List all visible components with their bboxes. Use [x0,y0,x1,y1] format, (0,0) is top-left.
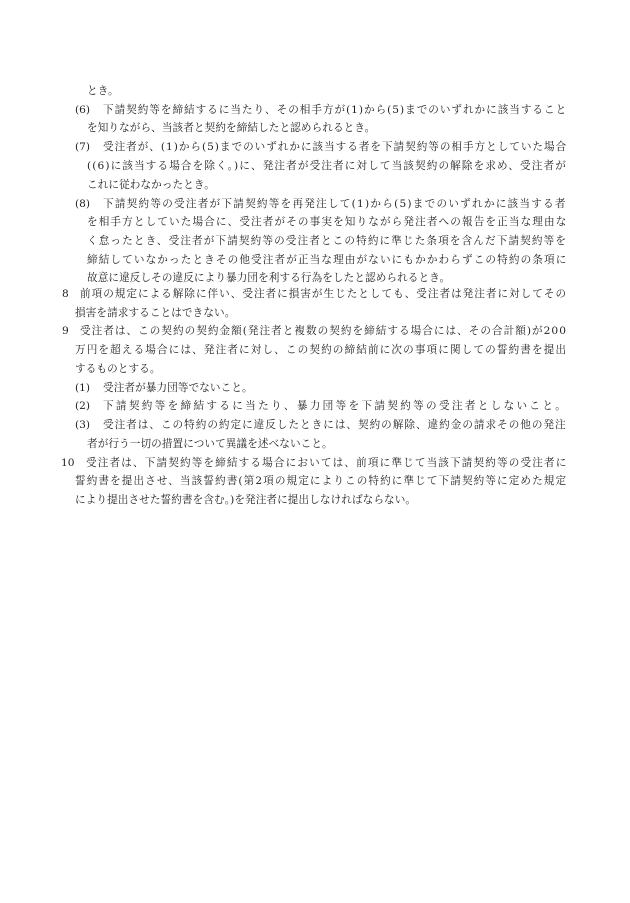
clause-9-sub-1-line-1: 受注者が暴力団等でないこと。 [103,381,253,395]
sub-item-8-line-1: 下請契約等の受注者が下請契約等を再発注して(1)から(5)までのいずれかに該当す… [103,197,567,211]
sub-item-7-line-2: ((6)に該当する場合を除く。)に、発注者が受注者に対して当該契約の解除を求め、… [87,159,567,173]
sub-item-8-line-3: く怠ったとき、受注者が下請契約等の受注者とこの特約に準じた条項を含んだ下請契約等… [87,234,567,248]
sub-item-8-line-2: を相手方としていた場合に、受注者がその事実を知りながら発注者への報告を正当な理由… [87,215,567,229]
sub-item-6-marker: (6) [75,103,90,117]
clause-9-line-3: するものとする。 [75,362,161,376]
clause-9-sub-1-marker: (1) [75,381,90,395]
sub-item-6-line-2: を知りながら、当該者と契約を締結したと認められるとき。 [87,121,375,135]
clause-9-sub-2-line-1: 下請契約等を締結するに当たり、暴力団等を下請契約等の受注者としないこと。 [103,399,568,413]
clause-9-sub-3-marker: (3) [75,418,90,432]
clause-9-sub-2-marker: (2) [75,399,90,413]
clause-10-number: 10 [61,456,74,470]
clause-9-sub-3-line-2: 者が行う一切の措置について異議を述べないこと。 [87,437,333,451]
clause-10-line-1: 受注者は、下請契約等を締結する場合においては、前項に準じて当該下請契約等の受注者… [86,456,568,470]
clause-8-line-2: 損害を請求することはできない。 [75,306,235,320]
sub-item-8-marker: (8) [75,197,90,211]
sub-item-6-line-1: 下請契約等を締結するに当たり、その相手方が(1)から(5)までのいずれかに該当す… [103,103,567,117]
sub-item-7-line-1: 受注者が、(1)から(5)までのいずれかに該当する者を下請契約等の相手方としてい… [103,140,567,154]
document-page: とき。 (6) 下請契約等を締結するに当たり、その相手方が(1)から(5)までの… [0,0,630,903]
clause-8-line-1: 前項の規定による解除に伴い、受注者に損害が生じたとしても、受注者は発注者に対して… [80,287,567,301]
sub-item-7-line-3: これに従わなかったとき。 [87,178,215,192]
clause-9-line-1: 受注者は、この契約の契約金額(発注者と複数の契約を締結する場合には、その合計額)… [80,324,567,338]
sub-item-8-line-4: 締結していなかったときその他受注者が正当な理由がないにもかかわらずこの特約の条項… [87,253,567,267]
clause-9-number: 9 [62,324,69,338]
sub-item-7-marker: (7) [75,140,90,154]
clause-10-line-3: により提出させた誓約書を含む。)を発注者に提出しなければならない。 [75,493,416,507]
clause-8-number: 8 [62,287,69,301]
clause-10-line-2: 誓約書を提出させ、当該誓約書(第2項の規定によりこの特約に準じて下請契約等に定め… [75,474,567,488]
clause-9-sub-3-line-1: 受注者は、この特約の約定に違反したときには、契約の解除、違約金の請求その他の発注 [103,418,567,432]
sub-item-8-line-5: 故意に違反しその違反により暴力団を利する行為をしたと認められるとき。 [87,271,450,285]
clause-9-line-2: 万円を超える場合には、発注者に対し、この契約の締結前に次の事項に関しての誓約書を… [75,343,567,357]
item-5-continuation: とき。 [87,84,119,98]
